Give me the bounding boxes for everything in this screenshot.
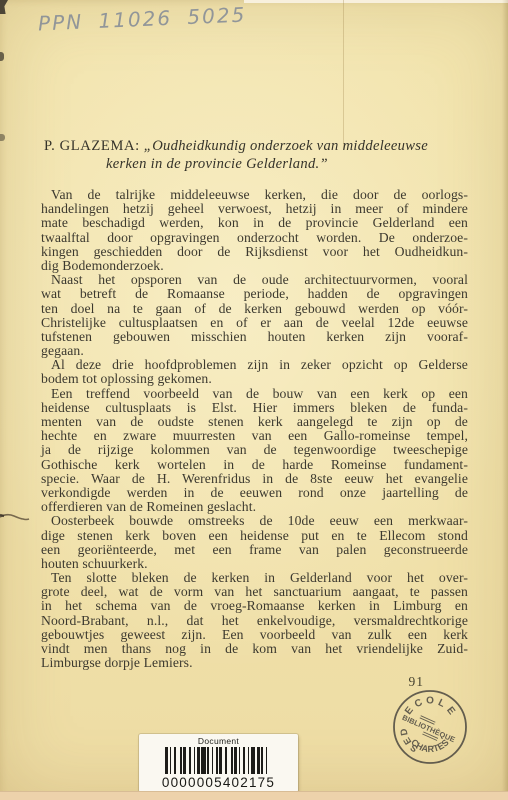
title-author: P. GLAZEMA:	[44, 138, 140, 154]
svg-text:L: L	[436, 697, 446, 710]
body-line: Oosterbeek bouwde omstreeks de 10de eeuw…	[41, 514, 468, 528]
library-stamp: ECOLE DES CHARTES BIBLIOTHÈQUE	[391, 688, 469, 766]
body-line: Een treffend voorbeeld van de bouw van e…	[41, 387, 468, 401]
body-line: grote deel, wat de vorm van het sanctuar…	[41, 585, 468, 599]
body-line: Naast het opsporen van de oude architect…	[41, 273, 468, 287]
body-line: mate beschadigd werden, kon in de provin…	[41, 216, 468, 230]
barcode-label: Document 0000005402175	[139, 734, 298, 792]
scan-edge-top	[244, 0, 508, 3]
body-line: vindt men thans nog in de kom van het vr…	[41, 642, 468, 656]
barcode-bars	[165, 747, 272, 774]
title-quote-line1: „Oudheidkundig onderzoek van middeleeuws…	[144, 138, 428, 154]
title-block: P. GLAZEMA:„Oudheidkundig onderzoek van …	[44, 138, 468, 173]
body-line: offerdieren van de Romeinen geslacht.	[41, 500, 468, 514]
body-line: Ten slotte bleken de kerken in Gelderlan…	[41, 571, 468, 585]
body-text: Van de talrijke middeleeuwse kerken, die…	[41, 188, 468, 670]
body-line: Al deze drie hoofdproblemen zijn in zeke…	[41, 358, 468, 372]
body-line: kingen geschiedden door de Rijksdienst v…	[41, 245, 468, 259]
handwritten-number: PPN 11026 5025	[38, 2, 247, 35]
body-line: een georiënteerde, met een frame van pal…	[41, 543, 468, 557]
body-line: Gothische kerk wortelen in de harde Rome…	[41, 458, 468, 472]
stamp-arc-top: ECOLE	[403, 696, 457, 718]
body-line: ten doel na te gaan of de kerken gebouwd…	[41, 302, 468, 316]
body-line: Noord-Brabant, n.l., dat het enkelvoudig…	[41, 614, 468, 628]
body-line: dig Bodemonderzoek.	[41, 259, 468, 273]
body-line: tufstenen gebouwen misschien houten kerk…	[41, 330, 468, 344]
barcode-number: 0000005402175	[162, 775, 275, 790]
svg-text:O: O	[426, 696, 434, 707]
paper-crease-vertical	[343, 0, 344, 150]
body-line: in het schema van de vroeg-Romaanse kerk…	[41, 599, 468, 613]
scan-edge-bottom	[0, 791, 508, 800]
body-line: ja de rijzige kolommen van de tegenwoord…	[41, 443, 468, 457]
paper-tear-mark	[0, 508, 34, 526]
body-line: gebouwtjes geweest zijn. Een voorbeeld v…	[41, 628, 468, 642]
body-line: bodem tot oplossing gekomen.	[41, 372, 468, 386]
scan-edge-right	[502, 0, 508, 800]
body-line: dige stenen kerk boven een heidense put …	[41, 529, 468, 543]
body-line: verkondigde werden in de eeuwen rond onz…	[41, 486, 468, 500]
body-line: handelingen hetzij geheel verwoest, hetz…	[41, 202, 468, 216]
body-line: Limburgse dorpje Lemiers.	[41, 656, 468, 670]
svg-text:C: C	[413, 697, 424, 710]
body-line: specie. Waar de H. Werenfridus in de 8st…	[41, 472, 468, 486]
body-line: Christelijke cultusplaatsen en of er aan…	[41, 316, 468, 330]
body-line: menten van de oudste stenen kerk aangele…	[41, 415, 468, 429]
scan-artifact-notch	[0, 52, 4, 61]
svg-text:E: E	[444, 705, 457, 717]
title-quote-line2: kerken in de provincie Gelderland.”	[106, 156, 468, 174]
body-line: Van de talrijke middeleeuwse kerken, die…	[41, 188, 468, 202]
body-line: wat betreft de Romaanse periode, hadden …	[41, 287, 468, 301]
scanned-page: PPN 11026 5025 P. GLAZEMA:„Oudheidkundig…	[0, 0, 508, 800]
scan-artifact-notch	[0, 134, 5, 141]
body-line: gegaan.	[41, 344, 468, 358]
svg-text:D: D	[398, 727, 410, 736]
body-line: twaalftal door opgravingen onderzocht wo…	[41, 231, 468, 245]
barcode-title: Document	[198, 736, 239, 746]
title-line-1: P. GLAZEMA:„Oudheidkundig onderzoek van …	[44, 138, 468, 156]
body-line: houten schuurkerk.	[41, 557, 468, 571]
body-line: hechte en zware muurresten van een Gallo…	[41, 429, 468, 443]
body-line: heidense cultusplaats is Elst. Hier imme…	[41, 401, 468, 415]
scan-artifact-corner	[0, 0, 8, 14]
